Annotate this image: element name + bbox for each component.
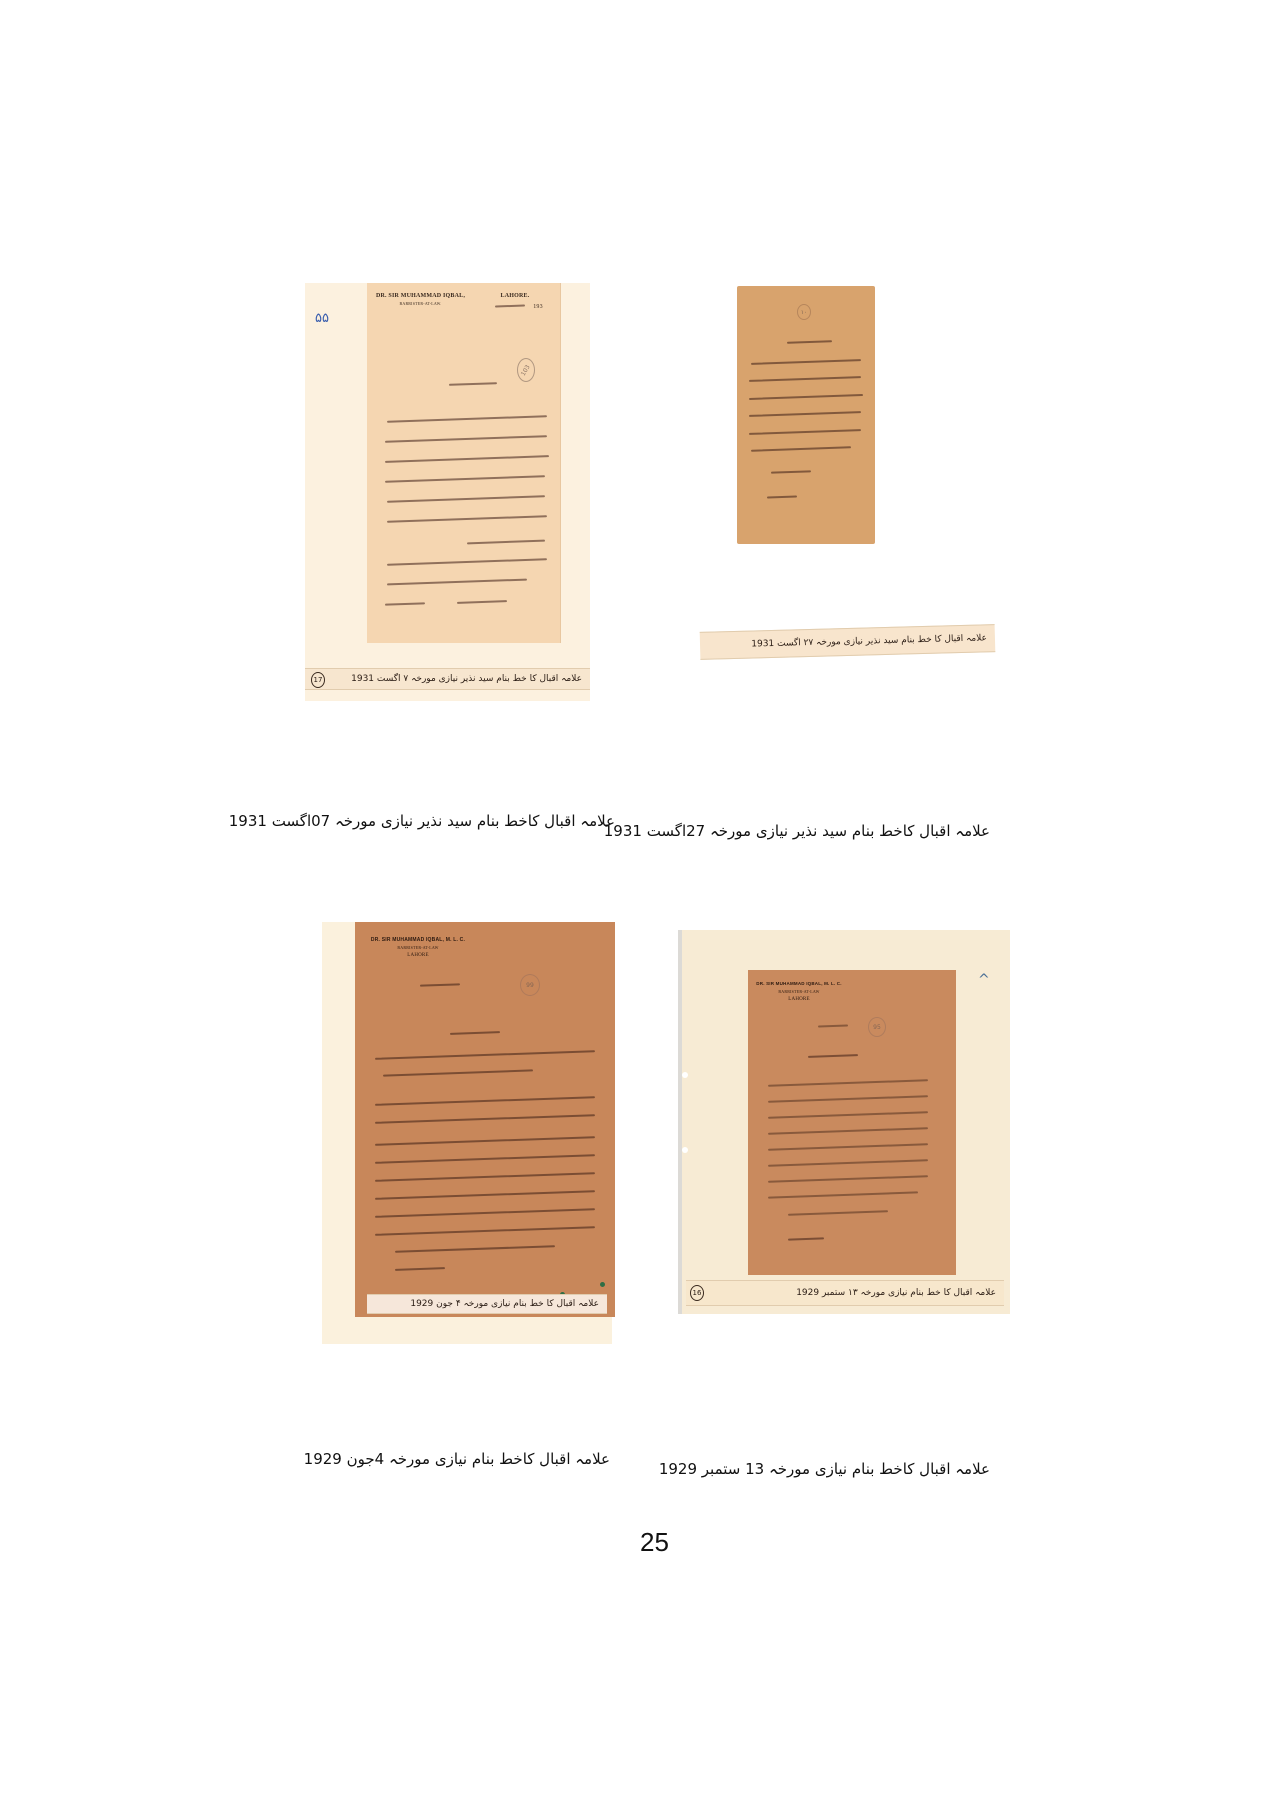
letterhead-name: DR. SIR MUHAMMAD IQBAL,	[376, 293, 465, 299]
margin-mark: ۵۵	[315, 311, 329, 326]
page-number: 25	[640, 1527, 669, 1558]
caption-letter-1931-08-07: علامہ اقبال کاخط بنام سید نذیر نیازی مور…	[325, 812, 615, 830]
archive-label-strip: علامہ اقبال کا خط بنام نیازی مورخہ ۴ جون…	[367, 1294, 607, 1314]
archive-number-stamp: 103	[517, 358, 535, 382]
letter-paper: DR. SIR MUHAMMAD IQBAL, M. L. C. BARRIST…	[748, 970, 956, 1275]
figure-letter-1931-08-27: ۱۰ علامہ اقبال کا خط بنام سید نذیر نیازی…	[680, 280, 1000, 680]
archive-label-strip: علامہ اقبال کا خط بنام سید نذیر نیازی مو…	[305, 668, 590, 690]
caption-letter-1929-06-04: علامہ اقبال کاخط بنام نیازی مورخہ 4جون 1…	[320, 1450, 610, 1468]
letterhead-city: LAHORE	[754, 996, 844, 1004]
letterhead: DR. SIR MUHAMMAD IQBAL, M. L. C. BARRIST…	[363, 936, 473, 960]
letter-paper: DR. SIR MUHAMMAD IQBAL, BARRISTER-AT-LAW…	[367, 283, 560, 643]
archive-number-stamp: 95	[868, 1017, 886, 1037]
letterhead: DR. SIR MUHAMMAD IQBAL, M. L. C. BARRIST…	[754, 980, 844, 1004]
letterhead-subtitle: BARRISTER-AT-LAW.	[373, 300, 468, 308]
letter-card: ۱۰	[737, 286, 875, 544]
caret-mark: ^	[978, 972, 990, 988]
letterhead-city: LAHORE.	[495, 292, 535, 300]
punch-hole	[682, 1072, 688, 1078]
archive-number-stamp: 99	[520, 974, 540, 996]
archive-number-stamp: ۱۰	[797, 304, 811, 320]
letter-paper: DR. SIR MUHAMMAD IQBAL, M. L. C. BARRIST…	[355, 922, 615, 1317]
figure-letter-1931-08-07: DR. SIR MUHAMMAD IQBAL, BARRISTER-AT-LAW…	[305, 283, 590, 701]
figure-letter-1929-09-13: DR. SIR MUHAMMAD IQBAL, M. L. C. BARRIST…	[678, 930, 1006, 1314]
letterhead-subtitle: BARRISTER-AT-LAW	[363, 944, 473, 952]
letterhead: DR. SIR MUHAMMAD IQBAL, BARRISTER-AT-LAW…	[373, 292, 468, 308]
letterhead-year: 193	[527, 303, 549, 311]
archive-label-strip: علامہ اقبال کا خط بنام نیازی مورخہ ۱۳ ست…	[686, 1280, 1004, 1306]
archive-label-number: 17	[311, 672, 325, 688]
letterhead-city: LAHORE	[363, 952, 473, 960]
caption-letter-1931-08-27: علامہ اقبال کاخط بنام سید نذیر نیازی مور…	[680, 822, 990, 840]
caption-letter-1929-09-13: علامہ اقبال کاخط بنام نیازی مورخہ 13 ستم…	[690, 1460, 990, 1478]
ink-spot	[600, 1282, 605, 1287]
archive-label-strip: علامہ اقبال کا خط بنام سید نذیر نیازی مو…	[700, 624, 996, 660]
letterhead-name: DR. SIR MUHAMMAD IQBAL, M. L. C.	[371, 937, 465, 943]
archive-label-number: 16	[690, 1285, 704, 1301]
punch-hole	[682, 1147, 688, 1153]
figure-letter-1929-06-04: DR. SIR MUHAMMAD IQBAL, M. L. C. BARRIST…	[322, 922, 612, 1344]
letterhead-subtitle: BARRISTER-AT-LAW	[754, 988, 844, 996]
letterhead-name: DR. SIR MUHAMMAD IQBAL, M. L. C.	[756, 981, 841, 986]
